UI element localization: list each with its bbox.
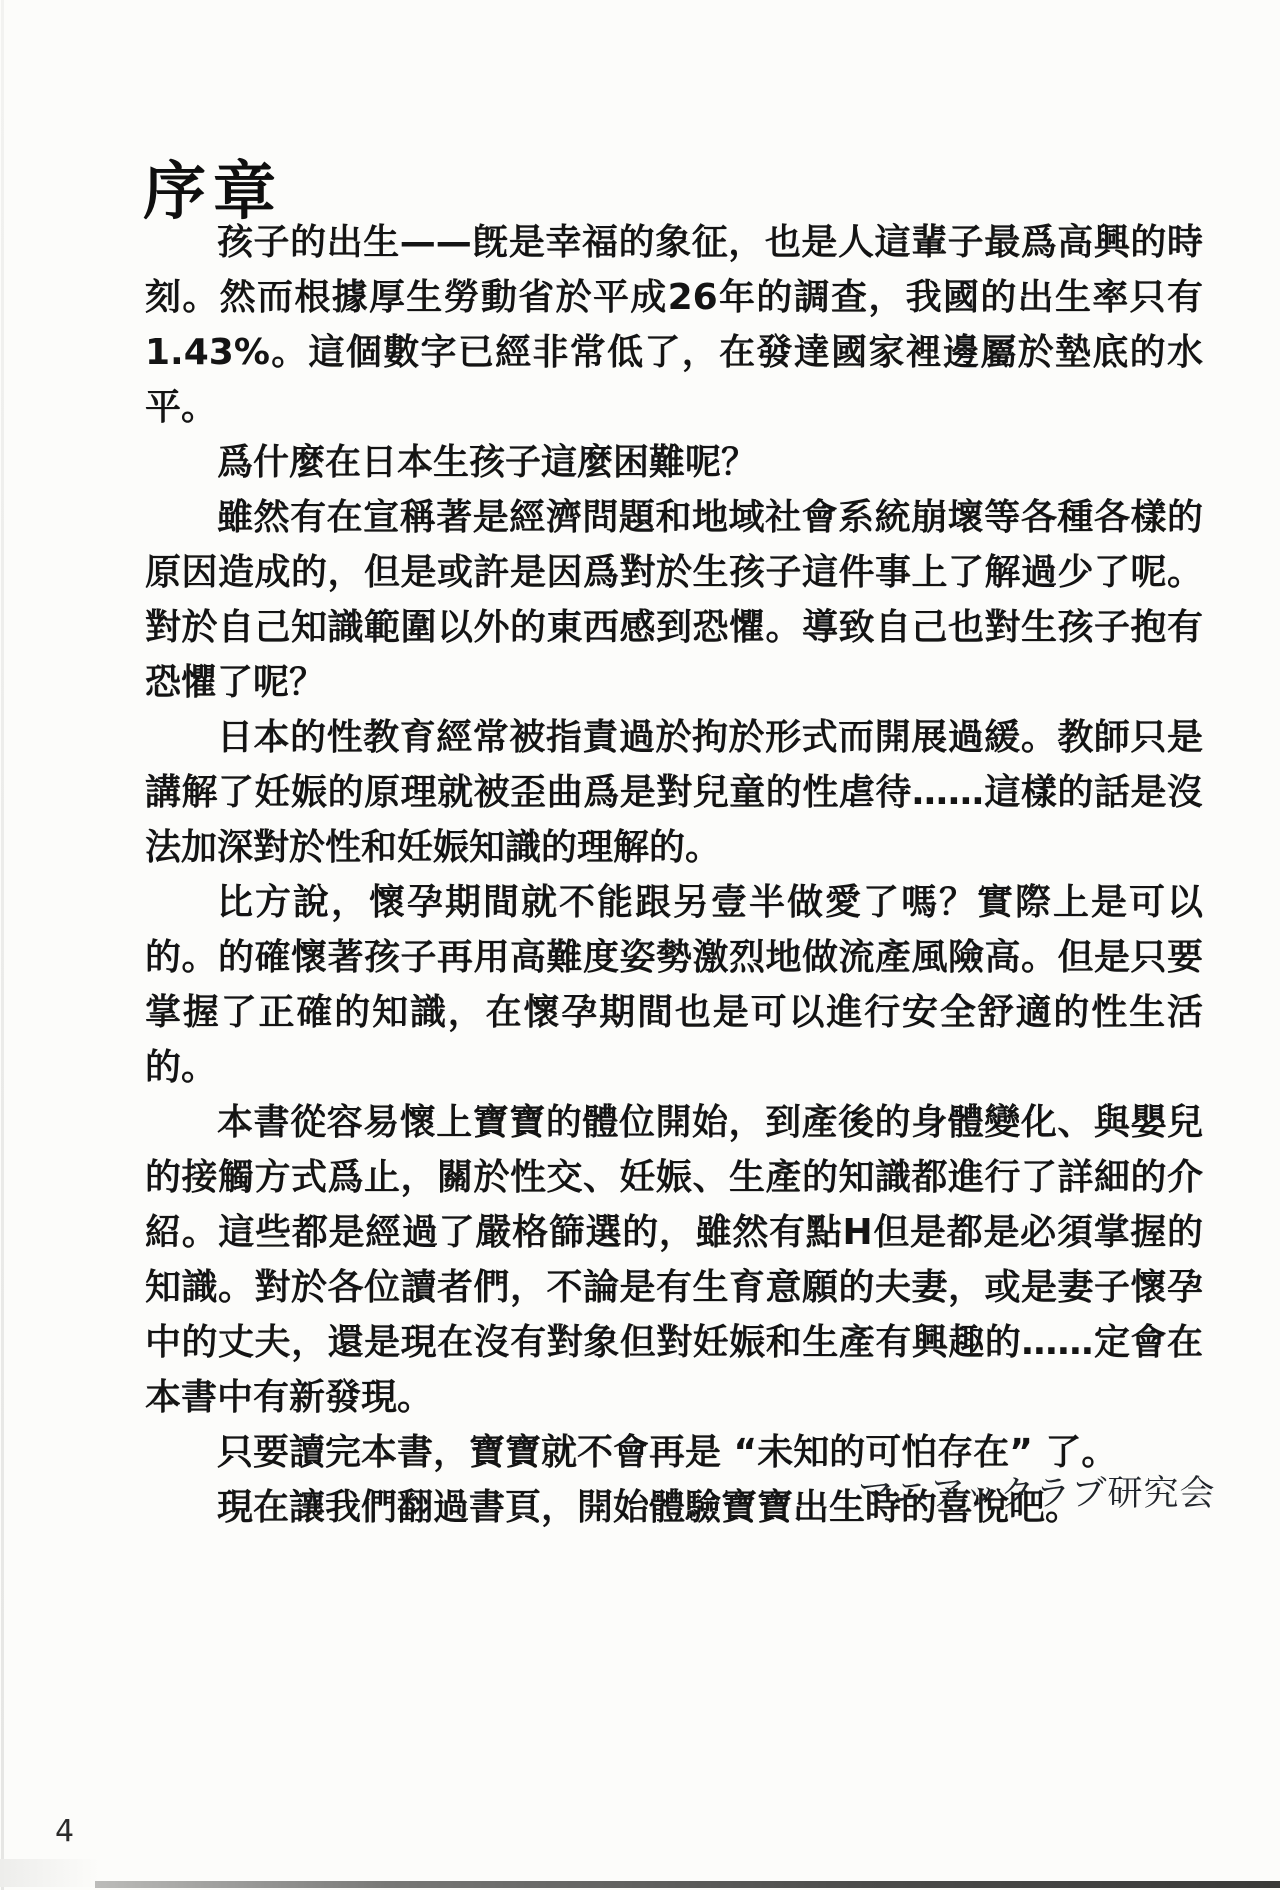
scan-edge-bottom [95,1881,1280,1888]
body-paragraph: 孩子的出生——旣是幸福的象征，也是人這輩子最爲高興的時刻。然而根據厚生勞動省於平… [145,215,1203,435]
body-text: 孩子的出生——旣是幸福的象征，也是人這輩子最爲高興的時刻。然而根據厚生勞動省於平… [145,215,1203,1535]
body-paragraph: 比方說，懷孕期間就不能跟另壹半做愛了嗎？實際上是可以的。的確懷著孩子再用高難度姿… [145,875,1203,1095]
page-number: 4 [55,1814,74,1849]
scan-corner-smudge [0,1859,100,1887]
scanned-book-page: 序章 孩子的出生——旣是幸福的象征，也是人這輩子最爲高興的時刻。然而根據厚生勞動… [0,0,1280,1890]
body-paragraph: 爲什麼在日本生孩子這麼困難呢？ [145,435,1203,490]
body-paragraph: 雖然有在宣稱著是經濟問題和地域社會系統崩壞等各種各樣的原因造成的，但是或許是因爲… [145,490,1203,710]
body-paragraph: 日本的性教育經常被指責過於拘於形式而開展過緩。教師只是講解了妊娠的原理就被歪曲爲… [145,710,1203,875]
scan-edge-left [1,0,4,1890]
body-paragraph: 本書從容易懷上寶寶的體位開始，到產後的身體變化、與嬰兒的接觸方式爲止，關於性交、… [145,1095,1203,1425]
credit-line: マニアックラブ研究会 [858,1466,1216,1516]
